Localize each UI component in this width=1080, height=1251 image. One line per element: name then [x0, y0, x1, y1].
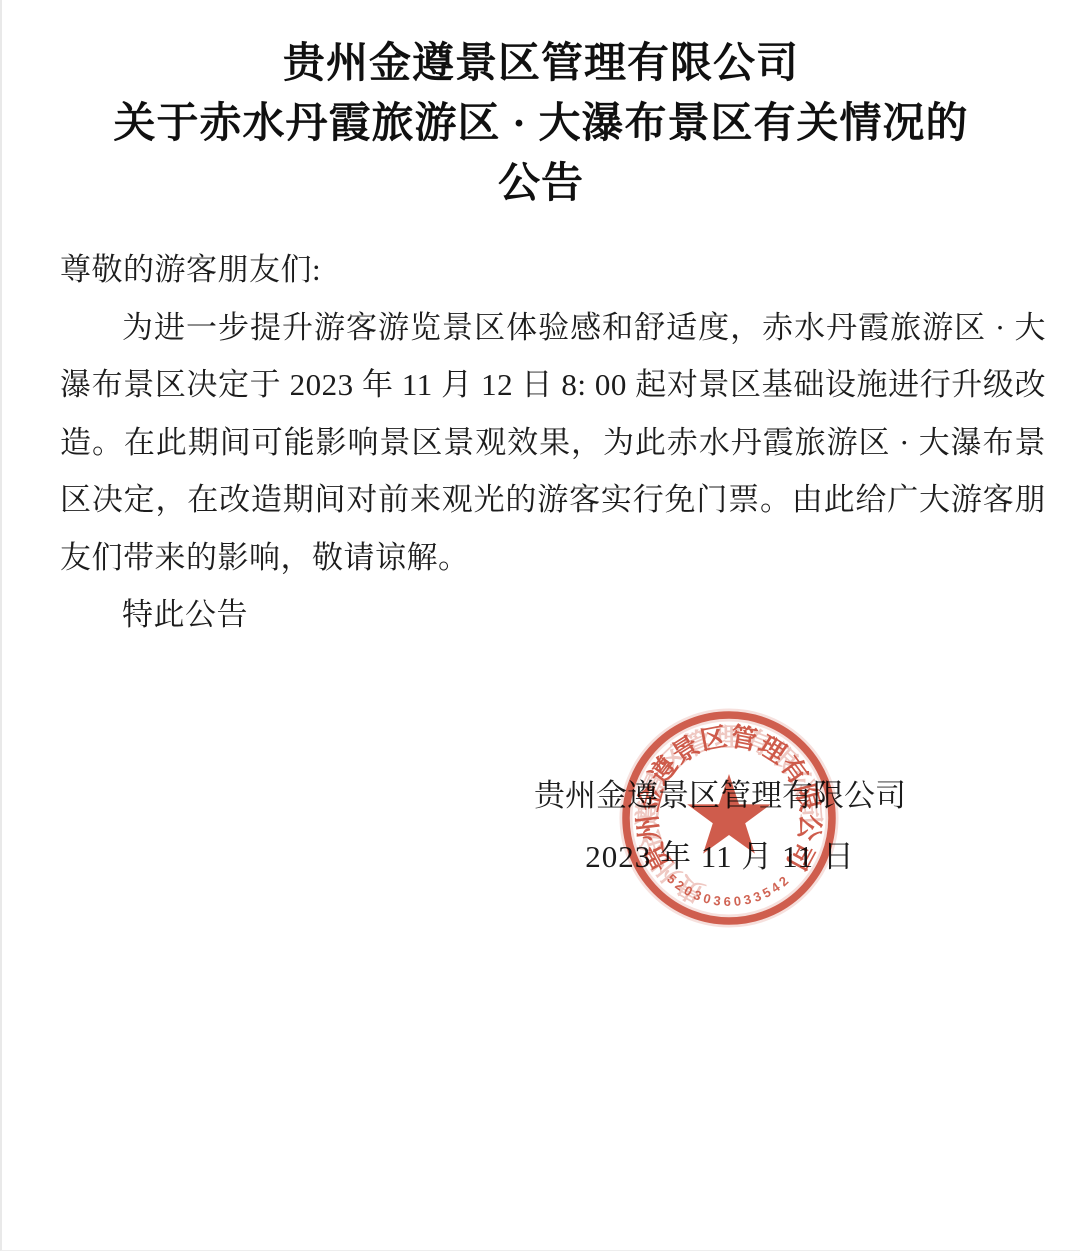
closing-note: 特此公告 — [60, 586, 1046, 644]
signature-company: 贵州金遵景区管理有限公司 — [530, 774, 910, 818]
title-line-company: 贵州金遵景区管理有限公司 — [2, 34, 1080, 94]
doc-body: 尊敬的游客朋友们: 为进一步提升游客游览景区体验感和舒适度，赤水丹霞旅游区 · … — [2, 241, 1080, 644]
salutation: 尊敬的游客朋友们: — [60, 241, 1046, 299]
signature-block: 贵州金遵景区管理有限公司 2023 年 11 月 11 日 — [530, 774, 910, 879]
announcement-page: 贵州金遵景区管理有限公司 关于赤水丹霞旅游区 · 大瀑布景区有关情况的 公告 尊… — [0, 0, 1080, 1251]
signature-date: 2023 年 11 月 11 日 — [530, 835, 910, 879]
doc-title: 贵州金遵景区管理有限公司 关于赤水丹霞旅游区 · 大瀑布景区有关情况的 公告 — [2, 0, 1080, 214]
title-line-subject: 关于赤水丹霞旅游区 · 大瀑布景区有关情况的 — [2, 94, 1080, 154]
title-line-notice: 公告 — [2, 154, 1080, 214]
body-paragraph: 为进一步提升游客游览景区体验感和舒适度，赤水丹霞旅游区 · 大瀑布景区决定于 2… — [60, 299, 1046, 587]
